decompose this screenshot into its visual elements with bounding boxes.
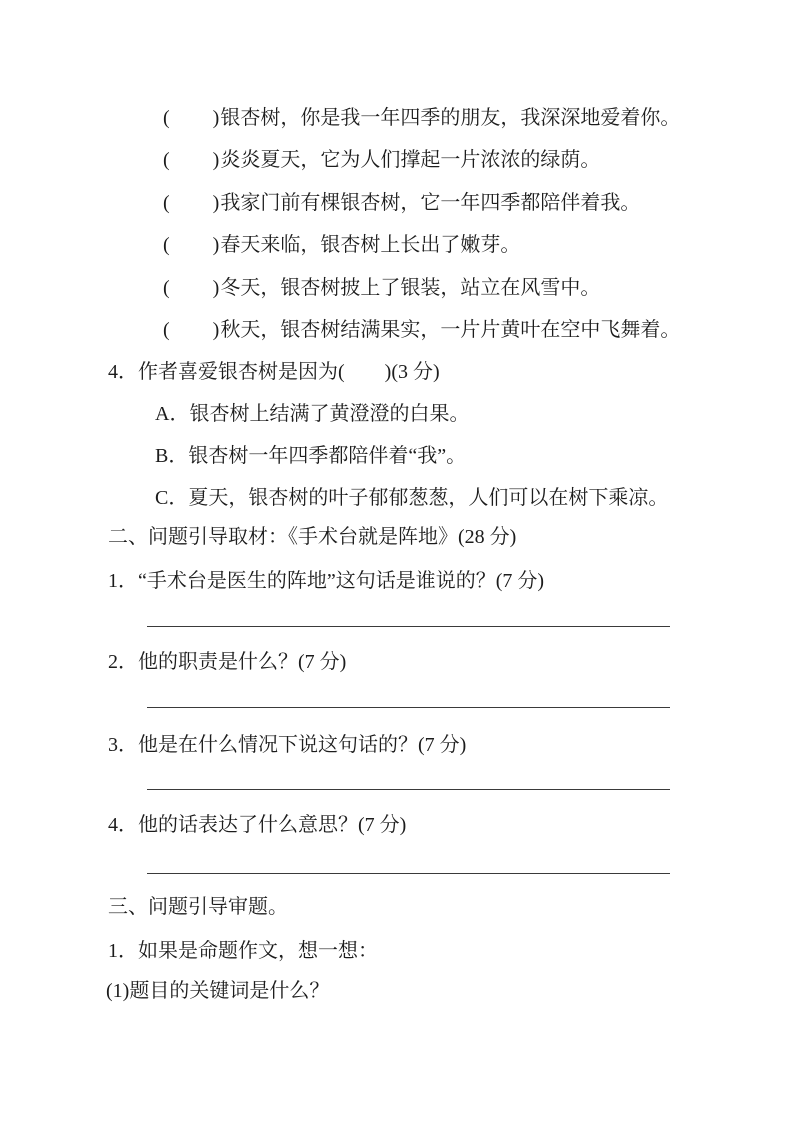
section-three-line-1: 1．如果是命题作文，想一想：	[108, 938, 378, 964]
sequence-number-blank[interactable]: ( )	[163, 319, 220, 341]
sequence-item: ( )秋天，银杏树结满果实，一片片黄叶在空中飞舞着。	[163, 317, 680, 343]
sequence-number-blank[interactable]: ( )	[163, 192, 220, 214]
section-two-question-3: 3．他是在什么情况下说这句话的？(7 分)	[108, 732, 466, 758]
sequence-item: ( )冬天，银杏树披上了银装，站立在风雪中。	[163, 275, 600, 301]
section-three-line-2: (1)题目的关键词是什么？	[106, 978, 329, 1004]
section-two-question-4: 4．他的话表达了什么意思？(7 分)	[108, 812, 406, 838]
answer-line[interactable]	[147, 873, 670, 874]
sequence-item-text: 炎炎夏天，它为人们撑起一片浓浓的绿荫。	[220, 149, 600, 171]
section-two-heading: 二、问题引导取材：《手术台就是阵地》(28 分)	[108, 524, 516, 550]
sequence-item-text: 银杏树，你是我一年四季的朋友，我深深地爱着你。	[220, 107, 680, 129]
sequence-item-text: 秋天，银杏树结满果实，一片片黄叶在空中飞舞着。	[220, 319, 680, 341]
sequence-item-text: 冬天，银杏树披上了银装，站立在风雪中。	[220, 277, 600, 299]
section-two-question-2: 2．他的职责是什么？(7 分)	[108, 649, 346, 675]
question-4-option-c: C．夏天，银杏树的叶子郁郁葱葱，人们可以在树下乘凉。	[155, 485, 668, 511]
answer-line[interactable]	[147, 789, 670, 790]
section-two-question-1: 1．“手术台是医生的阵地”这句话是谁说的？(7 分)	[108, 568, 544, 594]
sequence-item: ( )炎炎夏天，它为人们撑起一片浓浓的绿荫。	[163, 147, 600, 173]
sequence-number-blank[interactable]: ( )	[163, 107, 220, 129]
sequence-item-text: 春天来临，银杏树上长出了嫩芽。	[220, 234, 520, 256]
question-4-option-a: A．银杏树上结满了黄澄澄的白果。	[155, 401, 469, 427]
answer-line[interactable]	[147, 626, 670, 627]
sequence-number-blank[interactable]: ( )	[163, 277, 220, 299]
sequence-item: ( )我家门前有棵银杏树，它一年四季都陪伴着我。	[163, 190, 640, 216]
sequence-item: ( )银杏树，你是我一年四季的朋友，我深深地爱着你。	[163, 105, 680, 131]
sequence-number-blank[interactable]: ( )	[163, 149, 220, 171]
answer-line[interactable]	[147, 707, 670, 708]
question-4-option-b: B．银杏树一年四季都陪伴着“我”。	[155, 443, 466, 469]
sequence-item: ( )春天来临，银杏树上长出了嫩芽。	[163, 232, 520, 258]
question-4-stem: 4．作者喜爱银杏树是因为( )(3 分)	[108, 359, 440, 385]
sequence-number-blank[interactable]: ( )	[163, 234, 220, 256]
document-page: ( )银杏树，你是我一年四季的朋友，我深深地爱着你。 ( )炎炎夏天，它为人们撑…	[0, 0, 793, 1122]
sequence-item-text: 我家门前有棵银杏树，它一年四季都陪伴着我。	[220, 192, 640, 214]
section-three-heading: 三、问题引导审题。	[108, 894, 288, 920]
